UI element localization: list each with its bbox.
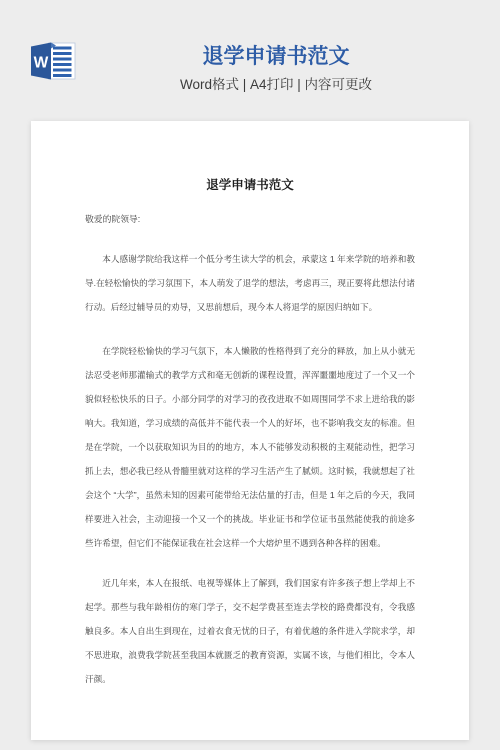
preview-header: W 退学申请书范文 Word格式 | A4打印 | 内容可更改 (0, 0, 500, 121)
document-page: 退学申请书范文 敬爱的院领导: 本人感谢学院给我这样一个低分考生读大学的机会，承… (31, 121, 469, 740)
document-paragraph: 近几年来，本人在报纸、电视等媒体上了解到，我们国家有许多孩子想上学却上不起学。那… (85, 571, 415, 691)
document-title: 退学申请书范文 (85, 176, 415, 194)
document-paragraph: 本人感谢学院给我这样一个低分考生读大学的机会，承蒙这 1 年来学院的培养和教导.… (85, 247, 415, 319)
page-subtitle: Word格式 | A4打印 | 内容可更改 (52, 77, 500, 93)
page-title: 退学申请书范文 (52, 44, 500, 69)
document-paragraph: 在学院轻松愉快的学习气氛下，本人懒散的性格得到了充分的释放，加上从小就无法忍受老… (85, 339, 415, 555)
header-text-block: 退学申请书范文 Word格式 | A4打印 | 内容可更改 (0, 0, 500, 93)
document-salutation: 敬爱的院领导: (85, 207, 415, 231)
